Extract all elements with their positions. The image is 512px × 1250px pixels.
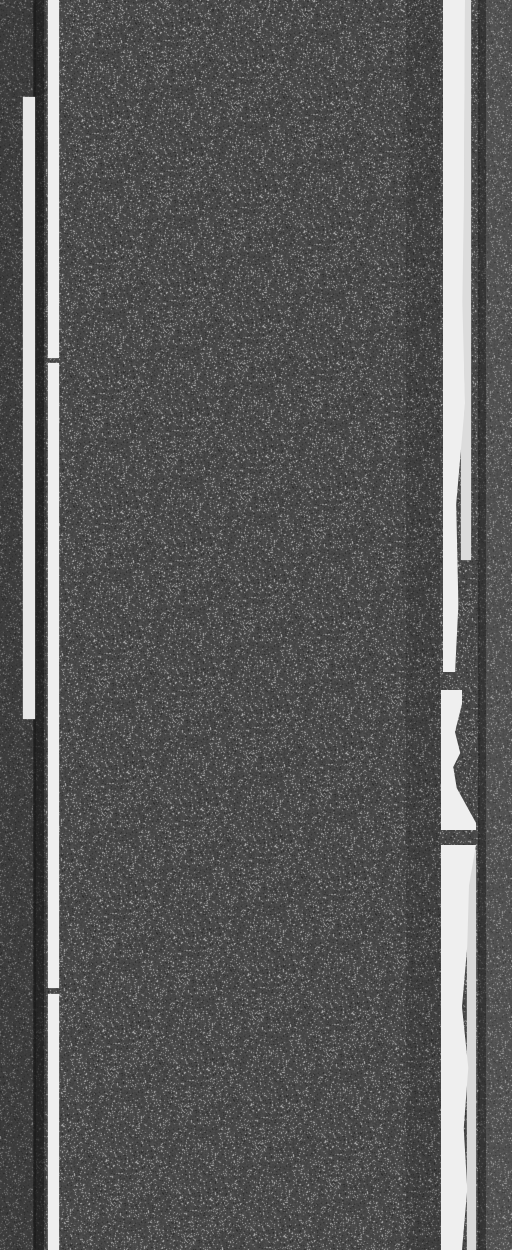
left-edge-line-segment <box>48 0 59 358</box>
right-edge-line-worn <box>467 850 476 1250</box>
road-surface-image <box>0 0 512 1250</box>
right-pavement-seam <box>478 0 486 1250</box>
left-shoulder-dash-marking <box>23 97 35 719</box>
left-edge-line-segment <box>48 363 59 988</box>
right-wheel-track <box>406 0 440 1250</box>
left-edge-line-segment <box>48 994 59 1250</box>
